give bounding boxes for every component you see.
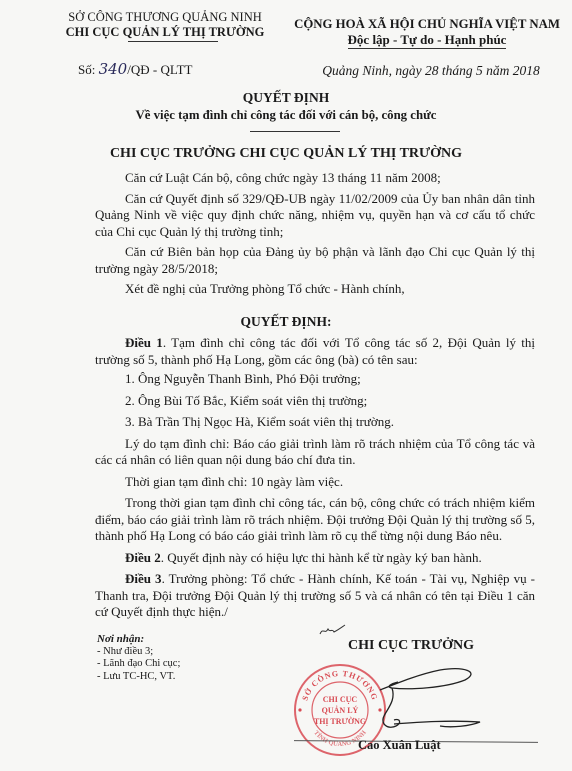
recipient-item: - Lưu TC-HC, VT. bbox=[97, 671, 247, 684]
article-2: Điều 2. Quyết định này có hiệu lực thi h… bbox=[95, 550, 535, 567]
basis-law: Căn cứ Luật Cán bộ, công chức ngày 13 th… bbox=[95, 170, 535, 187]
signer-title: CHI CỤC TRƯỞNG bbox=[348, 638, 474, 654]
suspension-reason: Lý do tạm đình chỉ: Báo cáo giải trình l… bbox=[95, 436, 535, 469]
article-3: Điều 3. Trưởng phòng: Tổ chức - Hành chí… bbox=[95, 571, 535, 621]
document-subject: Về việc tạm đình chỉ công tác đối với cá… bbox=[0, 108, 572, 123]
number-label: Số: bbox=[78, 62, 95, 77]
signer-name: Cao Xuân Luật bbox=[358, 738, 441, 753]
recipients: Nơi nhận: - Như điều 3; - Lãnh đạo Chi c… bbox=[97, 633, 247, 683]
place-date: Quảng Ninh, ngày 28 tháng 5 năm 2018 bbox=[300, 63, 562, 79]
decision-document: SỞ CÔNG THƯƠNG QUẢNG NINH CHI CỤC QUẢN L… bbox=[0, 0, 572, 771]
subject-underline bbox=[250, 131, 340, 132]
person-1: 1. Ông Nguyễn Thanh Bình, Phó Đội trưởng… bbox=[95, 371, 535, 388]
document-title: QUYẾT ĐỊNH bbox=[0, 90, 572, 106]
preamble: Căn cứ Luật Cán bộ, công chức ngày 13 th… bbox=[95, 170, 535, 298]
article-3-text: . Trưởng phòng: Tổ chức - Hành chính, Kế… bbox=[95, 571, 535, 619]
national-motto: Độc lập - Tự do - Hạnh phúc bbox=[348, 32, 507, 49]
recipient-item: - Như điều 3; bbox=[97, 646, 247, 659]
decision-heading: QUYẾT ĐỊNH: bbox=[0, 314, 572, 330]
agency-underline bbox=[128, 41, 218, 42]
article-1-label: Điều 1 bbox=[125, 335, 163, 350]
proposal: Xét đề nghị của Trưởng phòng Tổ chức - H… bbox=[95, 281, 535, 298]
article-2-text: . Quyết định này có hiệu lực thi hành kể… bbox=[161, 550, 482, 565]
issuing-agency: CHI CỤC QUẢN LÝ THỊ TRƯỜNG bbox=[40, 25, 290, 40]
article-2-label: Điều 2 bbox=[125, 550, 161, 565]
issuing-agency-header: SỞ CÔNG THƯƠNG QUẢNG NINH CHI CỤC QUẢN L… bbox=[40, 10, 290, 42]
recipients-label: Nơi nhận: bbox=[97, 633, 247, 646]
number-suffix: /QĐ - QLTT bbox=[127, 62, 192, 77]
person-3: 3. Bà Trần Thị Ngọc Hà, Kiểm soát viên t… bbox=[95, 414, 535, 431]
national-header: CỘNG HOÀ XÃ HỘI CHỦ NGHĨA VIỆT NAM Độc l… bbox=[282, 17, 572, 49]
parent-agency: SỞ CÔNG THƯƠNG QUẢNG NINH bbox=[40, 10, 290, 25]
issuing-authority: CHI CỤC TRƯỞNG CHI CỤC QUẢN LÝ THỊ TRƯỜN… bbox=[0, 146, 572, 162]
initials-mark-icon bbox=[318, 623, 346, 637]
basis-minutes: Căn cứ Biên bản họp của Đảng ủy bộ phận … bbox=[95, 244, 535, 277]
document-number: Số: 340/QĐ - QLTT bbox=[78, 60, 192, 78]
person-2: 2. Ông Bùi Tố Bắc, Kiểm soát viên thị tr… bbox=[95, 393, 535, 410]
article-3-label: Điều 3 bbox=[125, 571, 162, 586]
basis-decision: Căn cứ Quyết định số 329/QĐ-UB ngày 11/0… bbox=[95, 191, 535, 241]
suspension-duration: Thời gian tạm đình chỉ: 10 ngày làm việc… bbox=[95, 474, 535, 491]
number-handwritten: 340 bbox=[99, 60, 128, 78]
recipient-item: - Lãnh đạo Chi cục; bbox=[97, 658, 247, 671]
suspension-obligations: Trong thời gian tạm đình chỉ công tác, c… bbox=[95, 495, 535, 545]
handwritten-signature-icon bbox=[340, 660, 500, 740]
articles: Điều 1. Tạm đình chỉ công tác đối với Tổ… bbox=[95, 335, 535, 621]
article-1: Điều 1. Tạm đình chỉ công tác đối với Tổ… bbox=[95, 335, 535, 368]
country-name: CỘNG HOÀ XÃ HỘI CHỦ NGHĨA VIỆT NAM bbox=[282, 17, 572, 32]
